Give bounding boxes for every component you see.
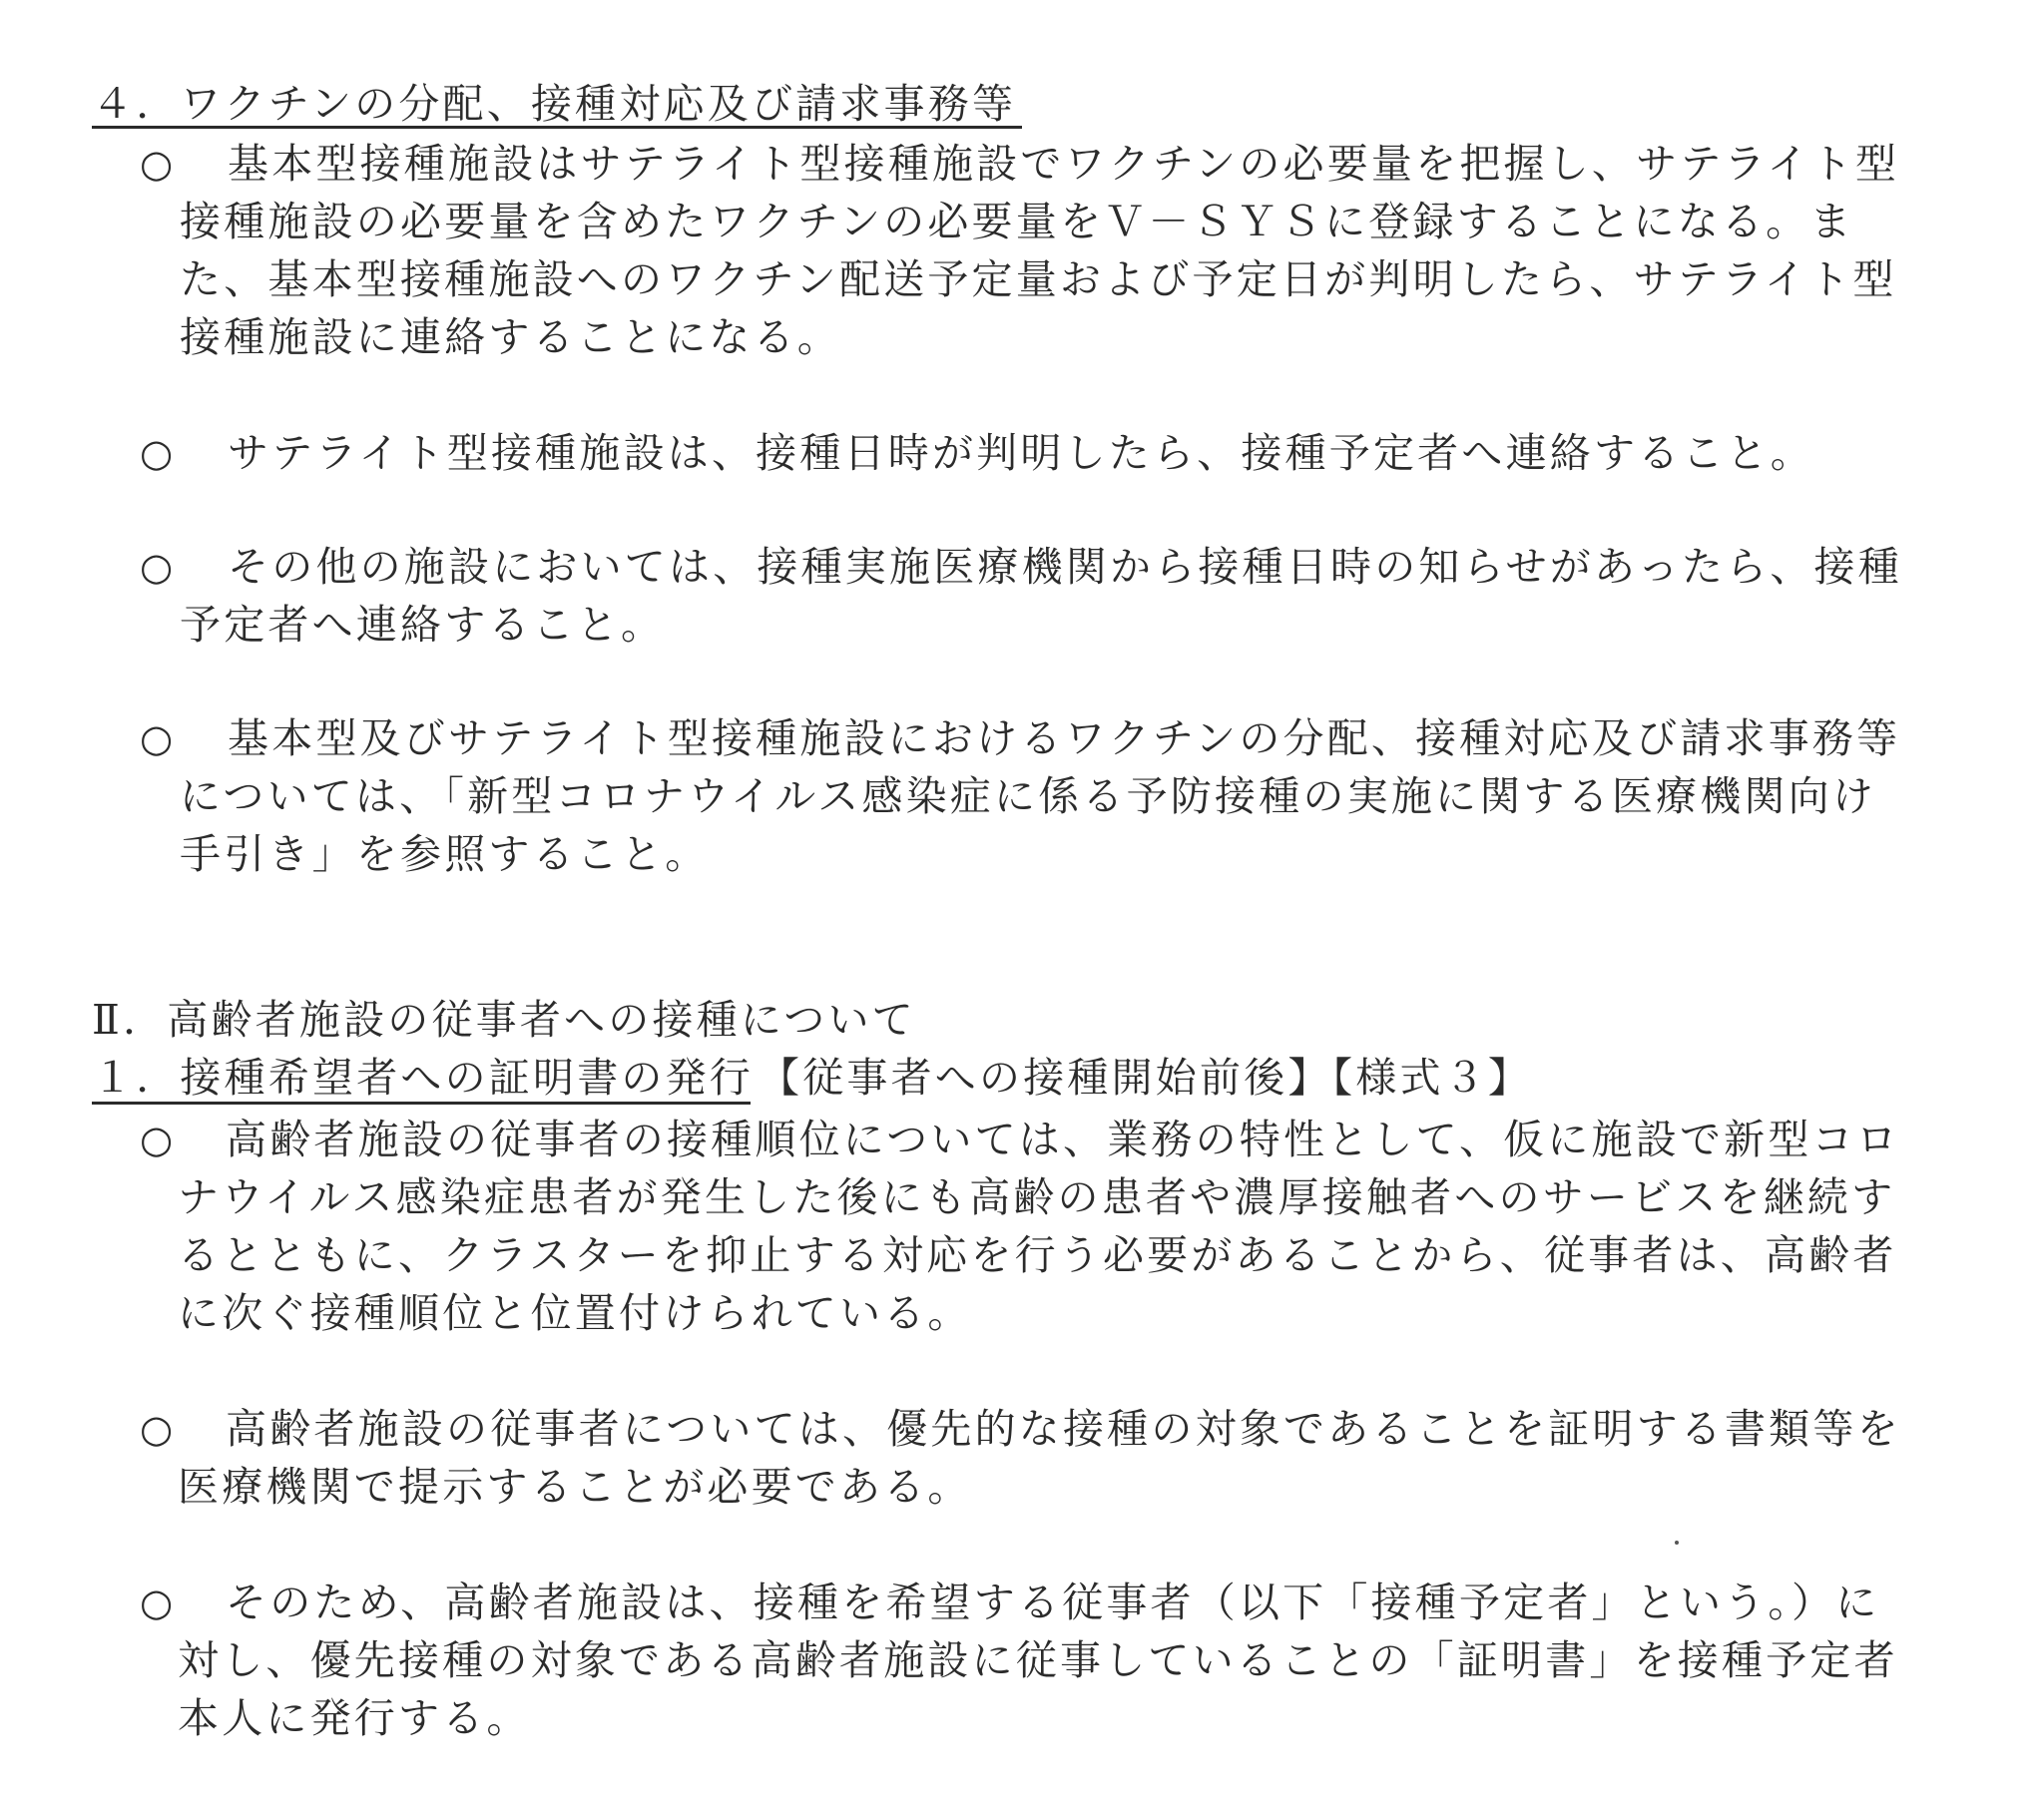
subsection-1-heading-tags: 【従事者への接種開始前後】【様式３】 [759,1050,1532,1106]
paragraph-line: 接種施設に連絡することになる。 [180,309,841,365]
paragraph-line: については、「新型コロナウイルス感染症に係る予防接種の実施に関する医療機関向け [180,768,1876,824]
paragraph-line: そのため、高齢者施設は、接種を希望する従事者（以下「接種予定者」という。）に [226,1575,1879,1630]
bullet-icon: ○ [140,1575,173,1630]
paragraph-line: 基本型接種施設はサテライト型接種施設でワクチンの必要量を把握し、サテライト型 [228,136,1899,192]
paragraph-line: に次ぐ接種順位と位置付けられている。 [178,1285,972,1341]
section-II-title: Ⅱ．高齢者施設の従事者への接種について [92,992,916,1048]
paragraph-line: サテライト型接種施設は、接種日時が判明したら、接種予定者へ連絡すること。 [228,425,1814,481]
paragraph-line: た、基本型接種施設へのワクチン配送予定量および予定日が判明したら、サテライト型 [180,251,1897,307]
bullet-icon: ○ [140,710,173,766]
bullet-icon: ○ [140,539,173,595]
paragraph-line: 高齢者施設の従事者については、優先的な接種の対象であることを証明する書類等を [226,1401,1901,1457]
subsection-1-heading: １．接種希望者への証明書の発行 [92,1050,754,1106]
paragraph-line: 対し、優先接種の対象である高齢者施設に従事していることの「証明書」を接種予定者 [178,1632,1898,1688]
paragraph-line: その他の施設においては、接種実施医療機関から接種日時の知らせがあったら、接種 [228,539,1902,595]
scan-artifact-dot [1675,1541,1679,1545]
subsection-1-heading-underline [92,1102,751,1105]
section-4-heading-underline [92,126,1022,129]
bullet-icon: ○ [140,1401,173,1457]
bullet-icon: ○ [140,1112,173,1167]
bullet-icon: ○ [140,425,173,481]
paragraph-line: 手引き」を参照すること。 [180,826,709,882]
section-4-heading: ４．ワクチンの分配、接種対応及び請求事務等 [92,76,1016,132]
bullet-icon: ○ [140,136,173,192]
paragraph-line: 医療機関で提示することが必要である。 [178,1459,972,1515]
paragraph-line: 予定者へ連絡すること。 [180,597,665,653]
paragraph-line: 高齢者施設の従事者の接種順位については、業務の特性として、仮に施設で新型コロ [226,1112,1900,1167]
paragraph-line: 基本型及びサテライト型接種施設におけるワクチンの分配、接種対応及び請求事務等 [228,710,1900,766]
paragraph-line: 接種施設の必要量を含めたワクチンの必要量をＶ－ＳＹＳに登録することになる。ま [180,194,1854,249]
paragraph-line: 本人に発行する。 [178,1690,531,1746]
paragraph-line: ナウイルス感染症患者が発生した後にも高齢の患者や濃厚接触者へのサービスを継続す [178,1169,1895,1225]
paragraph-line: るとともに、クラスターを抑止する対応を行う必要があることから、従事者は、高齢者 [178,1227,1897,1283]
